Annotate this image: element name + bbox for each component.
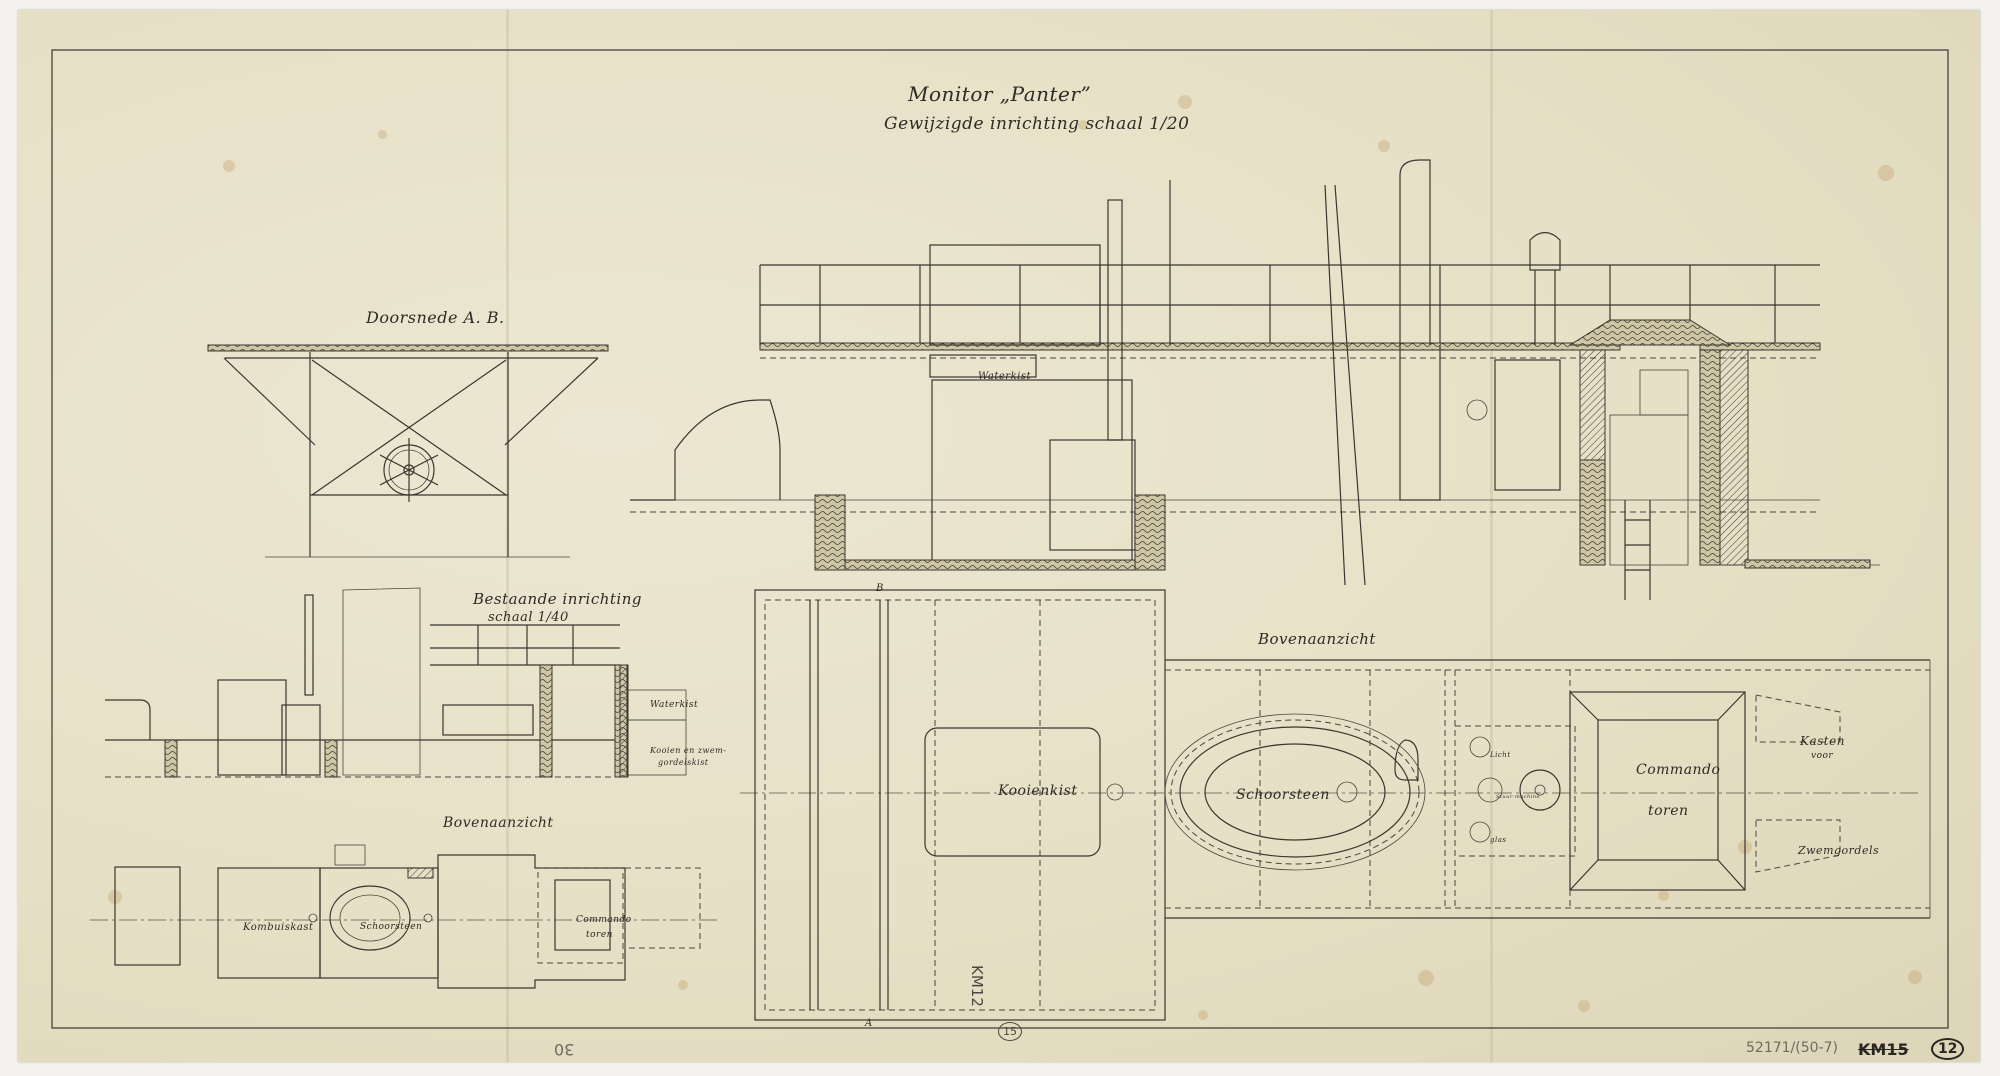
archive-code-vertical: KM12: [968, 965, 986, 1007]
label-glas: glas: [1490, 836, 1507, 844]
label-schoorsteen-small: Schoorsteen: [360, 922, 422, 932]
drawing-subtitle: Gewijzigde inrichting schaal 1/20: [884, 114, 1189, 134]
border-frame: [52, 50, 1948, 1028]
existing-arrangement-drawing: [105, 588, 686, 777]
label-stuurmachine: Stuur-machine: [1496, 794, 1540, 800]
section-ab-drawing: [208, 345, 608, 557]
label-schoorsteen: Schoorsteen: [1236, 787, 1330, 803]
label-commandotoren-2: toren: [1648, 803, 1689, 819]
technical-drawing: [18, 10, 1980, 1062]
label-waterkist: Waterkist: [978, 371, 1031, 382]
main-elevation-drawing: [630, 160, 1880, 600]
existing-title: Bestaande inrichting: [473, 590, 642, 608]
drawing-sheet: Monitor „Panter” Gewijzigde inrichting s…: [18, 10, 1980, 1062]
pencil-reference: 52171/(50-7): [1746, 1040, 1838, 1056]
existing-plan-title: Bovenaanzicht: [443, 815, 553, 831]
label-kooien-1: Kooien en zwem-: [650, 746, 726, 755]
label-kasten: Kasten: [1800, 734, 1845, 748]
label-zwemgordels: Zwemgordels: [1798, 844, 1879, 857]
label-kooien-2: gordelskist: [658, 758, 709, 767]
label-voor: voor: [1811, 751, 1833, 761]
section-ab-title: Doorsnede A. B.: [366, 308, 505, 327]
modified-plan-title: Bovenaanzicht: [1258, 630, 1376, 648]
modified-plan-drawing: [740, 590, 1930, 1020]
existing-scale: schaal 1/40: [488, 610, 569, 625]
label-commandotoren-small-2: toren: [586, 930, 613, 940]
section-marker-a: A: [865, 1018, 873, 1029]
label-kombuiskast: Kombuiskast: [243, 922, 314, 933]
label-waterkist-small: Waterkist: [650, 700, 698, 710]
archive-code: KM15: [1858, 1040, 1909, 1059]
section-marker-b: B: [876, 583, 884, 594]
drawing-title: Monitor „Panter”: [908, 82, 1091, 106]
label-licht: Licht: [1490, 751, 1511, 759]
label-commandotoren-small-1: Commando: [576, 915, 632, 925]
label-commandotoren-1: Commando: [1636, 762, 1720, 778]
archive-code-vertical-circle: 15: [998, 1022, 1022, 1041]
label-kooienkist: Kooienkist: [998, 783, 1078, 799]
pencil-sheet-number: 30: [554, 1040, 574, 1059]
